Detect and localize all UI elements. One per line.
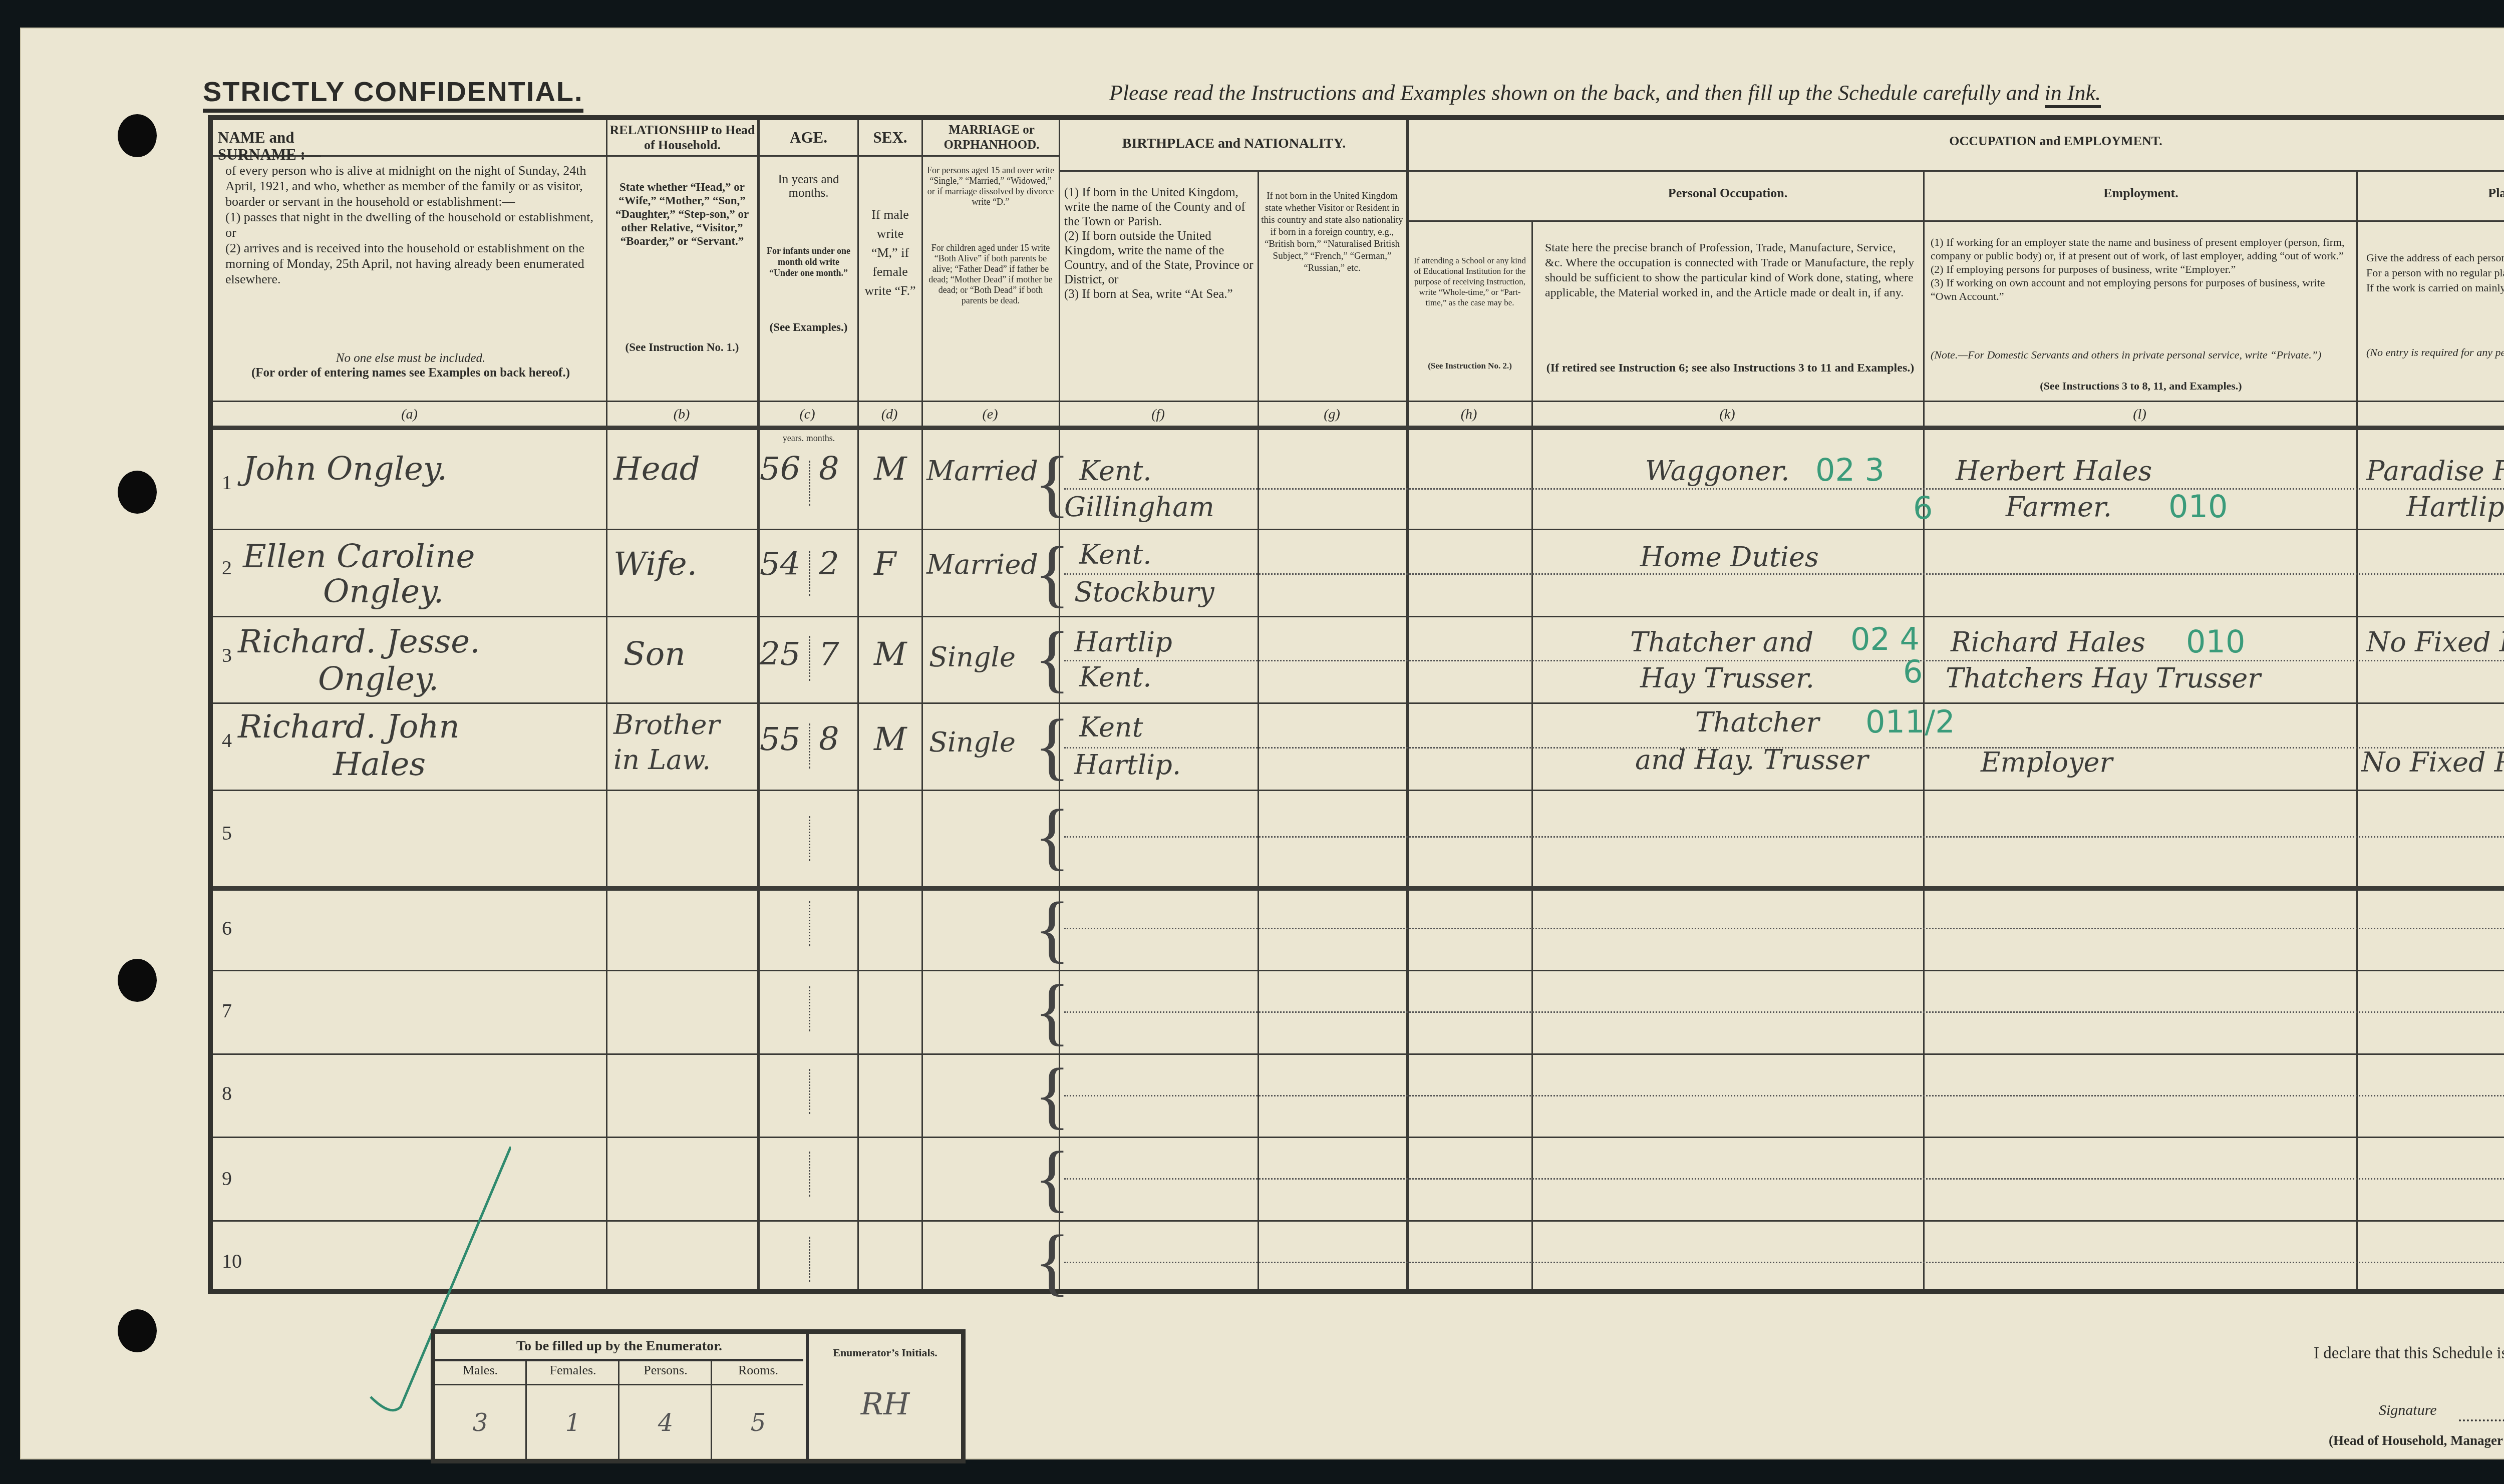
col-m-instructions: Give the address of each person’s place …	[2366, 250, 2504, 295]
col-letter-l: (l)	[1923, 407, 2356, 423]
row-4-employment: Employer	[1981, 746, 2112, 779]
row-1-employer: Herbert Hales	[1956, 455, 2152, 488]
age-years-months-divider	[809, 723, 810, 769]
col-a-title: NAME and SURNAME :—	[218, 129, 368, 163]
enumerator-initials-cell: Enumerator’s Initials. RH	[806, 1334, 962, 1459]
col-letter-c: (c)	[757, 407, 857, 423]
instruction-emphasis: in Ink.	[2045, 81, 2101, 108]
row-4-sex: M	[874, 721, 907, 758]
age-years-months-divider	[809, 461, 810, 506]
col-b-title: RELATIONSHIP to Head of Household.	[608, 123, 756, 153]
row-3-age-years: 25	[760, 636, 800, 673]
row-4-occupation-code: 011/2	[1865, 703, 1955, 740]
row-4-marriage: Single	[929, 726, 1016, 759]
col-a-order: (For order of entering names see Example…	[225, 365, 596, 380]
row-3-occupation-code-2: 6	[1903, 653, 1923, 690]
instruction-line: Please read the Instructions and Example…	[1109, 80, 2101, 106]
col-letter-e: (e)	[921, 407, 1059, 423]
row-2-age-years: 54	[760, 546, 800, 583]
row-number: 7	[222, 999, 232, 1022]
row-2-birthplace-parish: Stockbury	[1074, 576, 1214, 609]
row-number: 5	[222, 821, 232, 845]
age-years-months-divider	[809, 1152, 810, 1197]
row-3-occupation-2: Hay Trusser.	[1640, 662, 1814, 695]
row-number: 6	[222, 916, 232, 940]
row-3-occupation-code: 02 4	[1850, 621, 1920, 658]
age-years-months-divider	[809, 986, 810, 1031]
col-d-title: SEX.	[859, 129, 921, 146]
enumerator-initials-value: RH	[809, 1387, 962, 1422]
enumerator-box-heading: To be filled up by the Enumerator.	[435, 1334, 803, 1361]
row-1-employer-business: Farmer.	[2006, 491, 2112, 524]
col-e-children: For children aged under 15 write “Both A…	[925, 243, 1056, 306]
punch-hole-icon	[118, 471, 157, 514]
signature-line	[2459, 1419, 2504, 1421]
females-label: Females.	[528, 1363, 618, 1378]
row-1-occupation-code: 02 3	[1815, 452, 1885, 489]
col-a-instructions: of every person who is alive at midnight…	[225, 163, 596, 287]
col-personal-occupation-title: Personal Occupation.	[1535, 185, 1921, 201]
col-letter-d: (d)	[857, 407, 921, 423]
enumerator-initials-label: Enumerator’s Initials.	[809, 1346, 962, 1359]
row-4-surname: Hales	[333, 746, 426, 783]
col-c-instructions: In years and months.	[762, 173, 855, 200]
page-title: STRICTLY CONFIDENTIAL.	[203, 75, 583, 113]
col-e-instructions: For persons aged 15 and over write “Sing…	[925, 165, 1056, 207]
divider-f-g	[1258, 170, 1259, 1289]
col-k-ref: (If retired see Instruction 6; see also …	[1545, 360, 1916, 376]
row-2-birthplace-county: Kent.	[1079, 538, 1152, 571]
col-l-instructions: (1) If working for an employer state the…	[1931, 235, 2351, 303]
col-c-title: AGE.	[760, 129, 857, 146]
age-subheader: years. months.	[759, 432, 859, 445]
instruction-text: Please read the Instructions and Example…	[1109, 81, 2039, 105]
row-1-birthplace-county: Kent.	[1079, 455, 1152, 488]
col-l-title: Employment.	[1926, 185, 2356, 201]
row-3-marriage: Single	[929, 641, 1016, 674]
row-4-age-months: 8	[819, 721, 839, 758]
rooms-label: Rooms.	[713, 1363, 803, 1378]
divider-l-m	[2356, 170, 2358, 1289]
col-c-ref: (See Examples.)	[762, 320, 855, 334]
age-years-months-divider	[809, 816, 810, 861]
row-2-marriage: Married	[926, 548, 1038, 581]
row-1-occupation: Waggoner.	[1645, 455, 1789, 488]
age-years-months-divider	[809, 636, 810, 681]
divider-a-b	[606, 120, 607, 1289]
enumerator-count-box: To be filled up by the Enumerator. Enume…	[431, 1329, 966, 1463]
divider-h-k	[1531, 220, 1533, 1289]
row-3-sex: M	[874, 636, 907, 673]
row-4-relationship: Brother	[613, 708, 720, 741]
row-1-marriage: Married	[926, 455, 1038, 488]
row-3-workplace: No Fixed Place.	[2366, 626, 2504, 659]
row-number: 2	[222, 556, 232, 579]
row-3-birthplace-parish: Hartlip	[1074, 626, 1172, 659]
row-4-age-years: 55	[760, 721, 800, 758]
col-k-instructions: State here the precise branch of Profess…	[1545, 240, 1916, 300]
col-c-infants: For infants under one month old write “U…	[762, 245, 855, 278]
col-b-ref: (See Instruction No. 1.)	[609, 340, 755, 354]
punch-hole-icon	[118, 959, 157, 1002]
row-2-surname: Ongley.	[323, 573, 444, 610]
age-months-label: months.	[806, 433, 835, 443]
age-years-months-divider	[809, 901, 810, 946]
row-2-name: Ellen Caroline	[243, 538, 475, 575]
col-e-title: MARRIAGE or ORPHANHOOD.	[924, 123, 1059, 153]
divider-c-d	[857, 120, 859, 1289]
age-years-months-divider	[809, 1237, 810, 1282]
row-3-occupation: Thatcher and	[1630, 626, 1813, 659]
col-l-ref: (See Instructions 3 to 8, 11, and Exampl…	[1931, 378, 2351, 394]
row-3-surname: Ongley.	[318, 661, 439, 698]
col-letter-f: (f)	[1059, 407, 1258, 423]
age-years-months-divider	[809, 551, 810, 596]
age-years-label: years.	[783, 433, 804, 443]
row-number: 4	[222, 728, 232, 752]
row-4-workplace: No Fixed Place.	[2361, 746, 2504, 779]
col-l-note: (Note.—For Domestic Servants and others …	[1931, 348, 2351, 361]
col-letter-b: (b)	[606, 407, 757, 423]
row-4-occupation: Thatcher	[1695, 706, 1819, 739]
row-3-employer: Richard Hales	[1951, 626, 2145, 659]
col-d-instructions: If male write “M,” if female write “F.”	[864, 205, 916, 300]
persons-label: Persons.	[620, 1363, 711, 1378]
col-occ-title: OCCUPATION and EMPLOYMENT.	[1415, 133, 2504, 150]
row-3-name: Richard. Jesse.	[238, 623, 480, 660]
row-number: 9	[222, 1167, 232, 1190]
col-h-ref: (See Instruction No. 2.)	[1410, 360, 1530, 371]
row-1-name: John Ongley.	[243, 451, 447, 488]
row-2-occupation: Home Duties	[1640, 541, 1819, 574]
col-fg-title: BIRTHPLACE and NATIONALITY.	[1061, 135, 1407, 152]
row-number: 3	[222, 643, 232, 667]
col-letter-m: (m)	[2356, 407, 2504, 423]
declaration-text: I declare that this Schedule is correctl…	[2314, 1344, 2504, 1363]
row-4-relationship-2: in Law.	[613, 744, 711, 777]
row-3-employment-code: 010	[2186, 623, 2245, 660]
col-f-instructions: (1) If born in the United Kingdom, write…	[1064, 185, 1255, 301]
row-4-birthplace-parish: Hartlip.	[1074, 749, 1181, 782]
col-m-title: Place of Work.	[2359, 185, 2504, 201]
divider-d-e	[921, 120, 923, 1289]
row-1-employment-code: 010	[2168, 488, 2228, 525]
punch-hole-icon	[118, 114, 157, 157]
divider-g-h	[1406, 120, 1409, 1289]
row-number: 8	[222, 1081, 232, 1105]
row-1-workplace-parish: Hartlip.	[2406, 491, 2504, 524]
row-3-age-months: 7	[819, 636, 839, 673]
row-2-relationship: Wife.	[613, 546, 697, 583]
row-3-relationship: Son	[623, 636, 686, 673]
col-letter-k: (k)	[1531, 407, 1923, 423]
punch-hole-icon	[118, 1309, 157, 1352]
row-1-age-months: 8	[819, 451, 839, 488]
row-number: 1	[222, 471, 232, 494]
females-value: 1	[528, 1409, 618, 1437]
row-1-age-years: 56	[760, 451, 800, 488]
row-1-sex: M	[874, 451, 907, 488]
signature-label: Signature	[2379, 1402, 2437, 1419]
col-b-instructions: State whether “Head,” or “Wife,” “Mother…	[609, 180, 755, 248]
persons-value: 4	[620, 1409, 711, 1437]
col-h-instructions: If attending a School or any kind of Edu…	[1410, 255, 1530, 308]
row-4-occupation-2: and Hay. Trusser	[1635, 744, 1868, 777]
row-1-birthplace-parish: Gillingham	[1064, 491, 1214, 524]
col-letter-g: (g)	[1258, 407, 1406, 423]
row-2-age-months: 2	[819, 546, 839, 583]
col-letter-a: (a)	[213, 407, 606, 423]
rooms-value: 5	[713, 1409, 803, 1437]
males-label: Males.	[435, 1363, 525, 1378]
col-a-note: No one else must be included.	[225, 350, 596, 366]
row-2-sex: F	[874, 546, 896, 583]
row-3-birthplace-county: Kent.	[1079, 661, 1152, 694]
males-value: 3	[435, 1409, 525, 1437]
row-3-employer-business: Thatchers Hay Trusser	[1946, 662, 2261, 695]
row-number: 10	[222, 1249, 242, 1273]
household-schedule-table: NAME and SURNAME :— of every person who …	[208, 115, 2504, 1294]
age-years-months-divider	[809, 1069, 810, 1114]
row-1-occupation-code-2: 6	[1913, 490, 1933, 527]
row-1-relationship: Head	[613, 451, 700, 488]
row-4-name: Richard. John	[238, 708, 460, 746]
col-letter-h: (h)	[1406, 407, 1531, 423]
divider-b-c	[757, 120, 760, 1289]
col-m-note: (No entry is required for any person who…	[2366, 345, 2504, 359]
row-1-workplace: Paradise Farm	[2366, 455, 2504, 488]
col-g-instructions: If not born in the United Kingdom state …	[1261, 190, 1404, 274]
signature-note: (Head of Household, Manager of Establish…	[2329, 1433, 2504, 1448]
row-4-birthplace-county: Kent	[1079, 711, 1143, 744]
